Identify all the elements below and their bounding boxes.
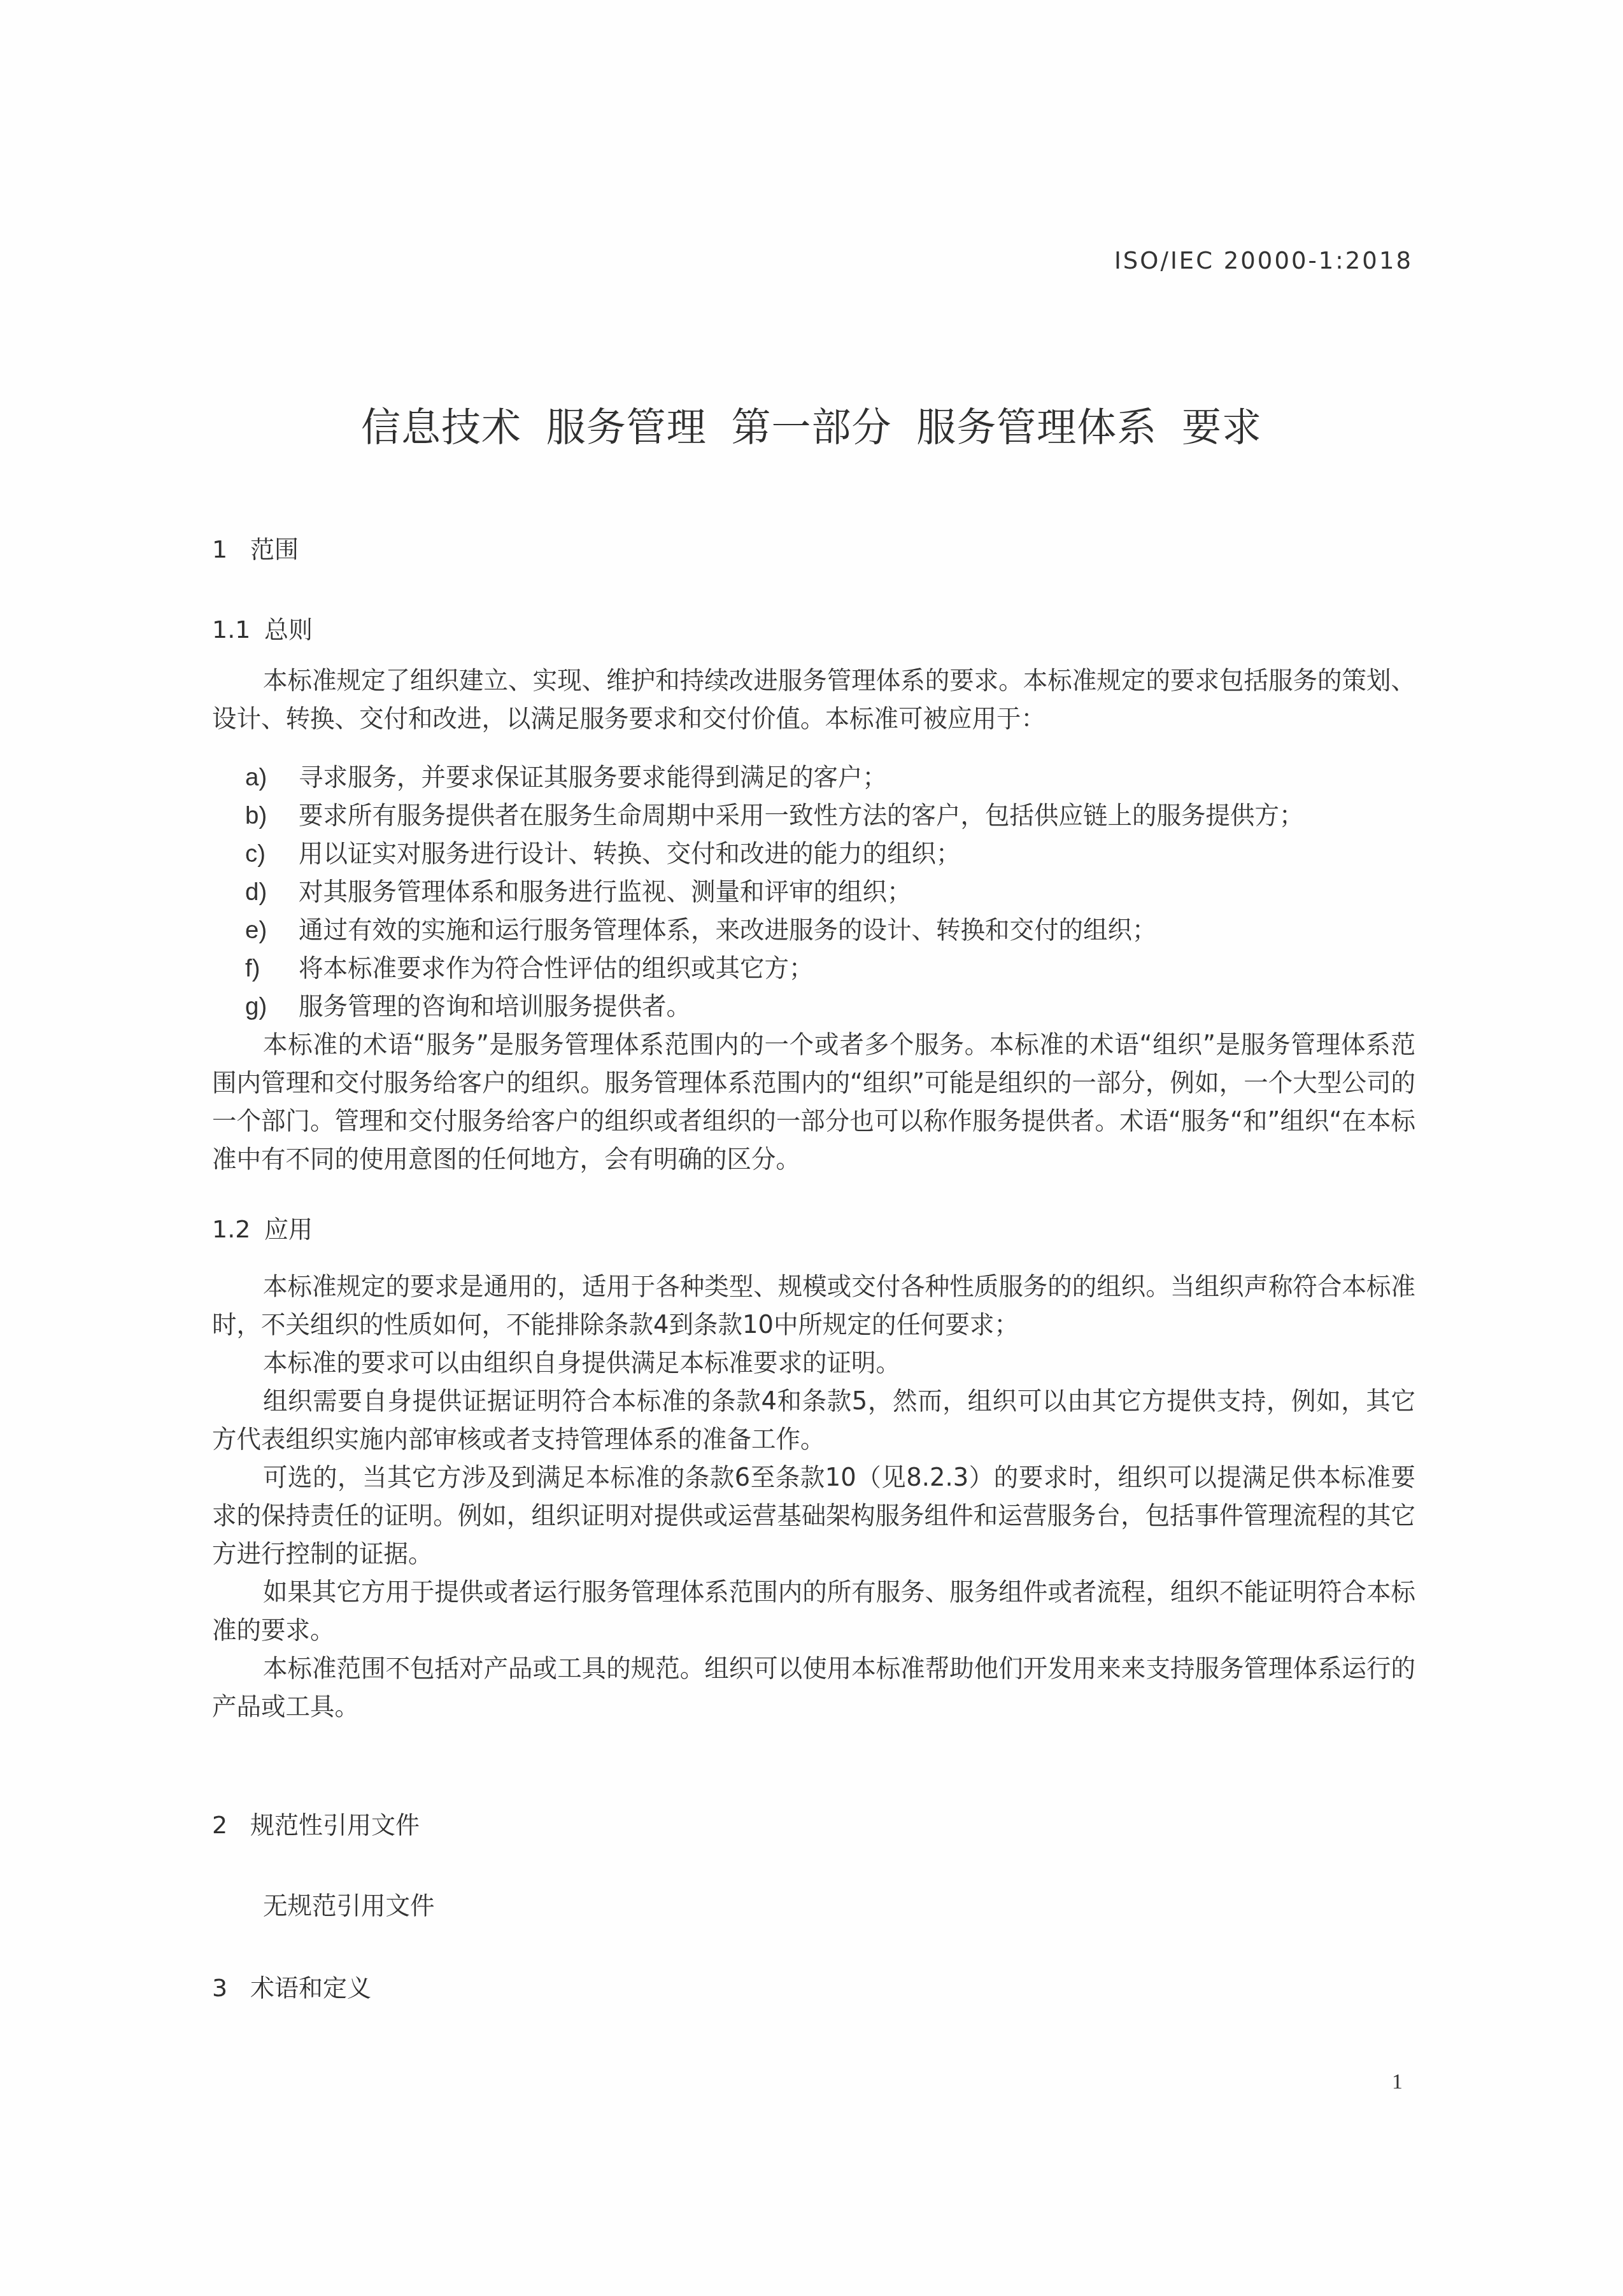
- section-heading-1-1: 1.1总则: [212, 610, 313, 645]
- list-item-a: a)寻求服务，并要求保证其服务要求能得到满足的客户；: [245, 759, 887, 797]
- list-item-f: f)将本标准要求作为符合性评估的组织或其它方；: [245, 950, 814, 988]
- application-paragraph-5: 如果其它方用于提供或者运行服务管理体系范围内的所有服务、服务组件或者流程，组织不…: [212, 1574, 1415, 1650]
- list-item-text: 要求所有服务提供者在服务生命周期中采用一致性方法的客户，包括供应链上的服务提供方…: [299, 801, 1304, 830]
- application-paragraph-1: 本标准规定的要求是通用的，适用于各种类型、规模或交付各种性质服务的的组织。当组织…: [212, 1268, 1415, 1344]
- section-number: 1.2: [212, 1215, 264, 1243]
- application-paragraph-4: 可选的，当其它方涉及到满足本标准的条款6至条款10（见8.2.3）的要求时，组织…: [212, 1459, 1415, 1574]
- general-intro-paragraph: 本标准规定了组织建立、实现、维护和持续改进服务管理体系的要求。本标准规定的要求包…: [212, 662, 1415, 738]
- section-title: 范围: [250, 535, 299, 563]
- list-item-b: b)要求所有服务提供者在服务生命周期中采用一致性方法的客户，包括供应链上的服务提…: [245, 797, 1304, 835]
- section-heading-3: 3术语和定义: [212, 1968, 371, 2003]
- application-paragraph-2: 本标准的要求可以由组织自身提供满足本标准要求的证明。: [212, 1344, 1415, 1383]
- list-item-text: 寻求服务，并要求保证其服务要求能得到满足的客户；: [299, 763, 887, 792]
- list-item-text: 将本标准要求作为符合性评估的组织或其它方；: [299, 954, 814, 983]
- section-number: 1: [212, 535, 250, 563]
- list-item-label: f): [245, 950, 299, 988]
- document-page: ISO/IEC 20000-1:2018 信息技术 服务管理 第一部分 服务管理…: [0, 0, 1623, 2296]
- application-paragraph-3: 组织需要自身提供证据证明符合本标准的条款4和条款5，然而，组织可以由其它方提供支…: [212, 1383, 1415, 1459]
- application-paragraph-6: 本标准范围不包括对产品或工具的规范。组织可以使用本标准帮助他们开发用来来支持服务…: [212, 1650, 1415, 1726]
- section-heading-1: 1范围: [212, 530, 299, 565]
- list-item-e: e)通过有效的实施和运行服务管理体系，来改进服务的设计、转换和交付的组织；: [245, 912, 1157, 950]
- list-item-d: d)对其服务管理体系和服务进行监视、测量和评审的组织；: [245, 873, 912, 912]
- terms-note-paragraph: 本标准的术语“服务”是服务管理体系范围内的一个或者多个服务。本标准的术语“组织”…: [212, 1026, 1415, 1179]
- section-title: 术语和定义: [250, 1974, 371, 2002]
- section-heading-2: 2规范性引用文件: [212, 1805, 420, 1840]
- list-item-c: c)用以证实对服务进行设计、转换、交付和改进的能力的组织；: [245, 835, 961, 873]
- section-heading-1-2: 1.2应用: [212, 1209, 313, 1244]
- section-title: 应用: [264, 1215, 313, 1243]
- list-item-label: e): [245, 912, 299, 950]
- list-item-text: 用以证实对服务进行设计、转换、交付和改进的能力的组织；: [299, 840, 961, 868]
- normative-references-text: 无规范引用文件: [263, 1887, 435, 1922]
- list-item-text: 对其服务管理体系和服务进行监视、测量和评审的组织；: [299, 878, 912, 906]
- list-item-g: g)服务管理的咨询和培训服务提供者。: [245, 988, 691, 1026]
- document-title: 信息技术 服务管理 第一部分 服务管理体系 要求: [0, 396, 1623, 453]
- list-item-text: 服务管理的咨询和培训服务提供者。: [299, 992, 691, 1021]
- section-title: 总则: [264, 616, 313, 644]
- standard-number: ISO/IEC 20000-1:2018: [1114, 247, 1413, 274]
- section-number: 2: [212, 1811, 250, 1839]
- page-number: 1: [1392, 2070, 1403, 2094]
- section-title: 规范性引用文件: [250, 1811, 420, 1839]
- list-item-label: b): [245, 797, 299, 835]
- list-item-label: c): [245, 835, 299, 873]
- list-item-text: 通过有效的实施和运行服务管理体系，来改进服务的设计、转换和交付的组织；: [299, 916, 1157, 945]
- list-item-label: g): [245, 988, 299, 1026]
- section-number: 3: [212, 1974, 250, 2002]
- list-item-label: a): [245, 759, 299, 797]
- list-item-label: d): [245, 873, 299, 912]
- section-number: 1.1: [212, 616, 264, 644]
